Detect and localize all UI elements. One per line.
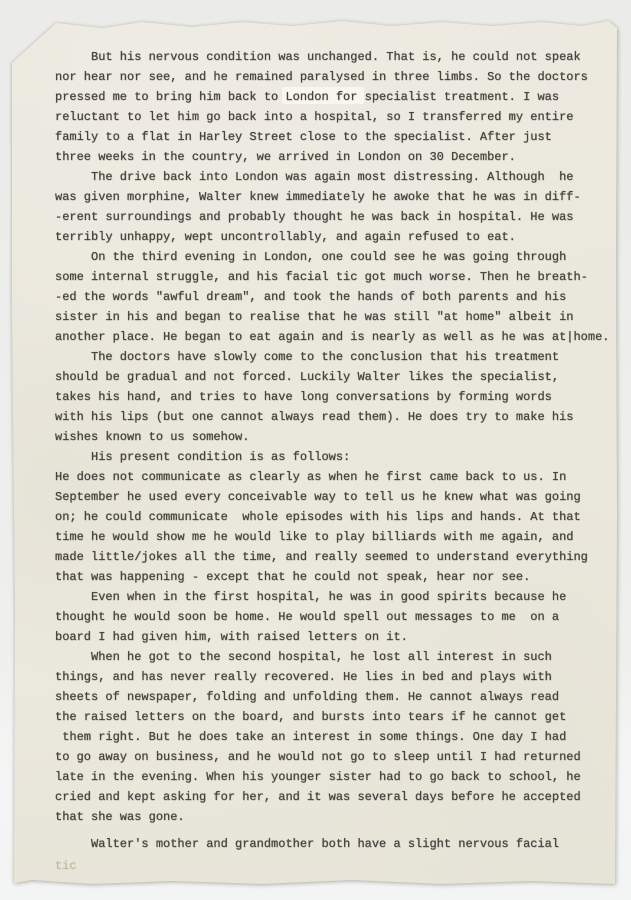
text-line: The doctors have slowly come to the conc… — [55, 347, 611, 367]
text-line: wishes known to us somehow. — [55, 427, 611, 447]
text-line: family to a flat in Harley Street close … — [55, 127, 611, 147]
text-line: terribly unhappy, wept uncontrollably, a… — [55, 227, 611, 247]
text-line: late in the evening. When his younger si… — [55, 767, 611, 787]
text-line: that was happening - except that he coul… — [55, 567, 611, 587]
text-line: takes his hand, and tries to have long c… — [55, 387, 611, 407]
text-line: some internal struggle, and his facial t… — [55, 267, 611, 287]
text-line: them right. But he does take an interest… — [55, 727, 611, 747]
text-line: made little/jokes all the time, and real… — [55, 547, 611, 567]
text-line: cried and kept asking for her, and it wa… — [55, 787, 611, 807]
page-catchword: tic — [55, 856, 611, 876]
text-line: His present condition is as follows: — [55, 447, 611, 467]
text-line: thought he would soon be home. He would … — [55, 607, 611, 627]
text-line: on; he could communicate whole episodes … — [55, 507, 611, 527]
text-line: sister in his and began to realise that … — [55, 307, 611, 327]
text-line: He does not communicate as clearly as wh… — [55, 467, 611, 487]
text-line: another place. He began to eat again and… — [55, 327, 611, 347]
text-line: board I had given him, with raised lette… — [55, 627, 611, 647]
text-line: reluctant to let him go back into a hosp… — [55, 107, 611, 127]
text-line: time he would show me he would like to p… — [55, 527, 611, 547]
text-line: But his nervous condition was unchanged.… — [55, 47, 611, 67]
text-line: -erent surroundings and probably thought… — [55, 207, 611, 227]
paper-page: But his nervous condition was unchanged.… — [12, 17, 617, 884]
text-line: with his lips (but one cannot always rea… — [55, 407, 611, 427]
text-line: sheets of newspaper, folding and unfoldi… — [55, 687, 611, 707]
text-line: Even when in the first hospital, he was … — [55, 587, 611, 607]
typewritten-text: But his nervous condition was unchanged.… — [55, 47, 611, 876]
text-line: that she was gone. — [55, 807, 611, 827]
text-line: pressed me to bring him back to London f… — [55, 87, 611, 107]
text-line: The drive back into London was again mos… — [55, 167, 611, 187]
text-line: to go away on business, and he would not… — [55, 747, 611, 767]
text-line: -ed the words "awful dream", and took th… — [55, 287, 611, 307]
text-line: Walter's mother and grandmother both hav… — [55, 834, 611, 854]
text-line: the raised letters on the board, and bur… — [55, 707, 611, 727]
text-line: When he got to the second hospital, he l… — [55, 647, 611, 667]
text-line: things, and has never really recovered. … — [55, 667, 611, 687]
text-line: was given morphine, Walter knew immediat… — [55, 187, 611, 207]
scan-background: But his nervous condition was unchanged.… — [0, 0, 631, 900]
text-line: On the third evening in London, one coul… — [55, 247, 611, 267]
text-line: three weeks in the country, we arrived i… — [55, 147, 611, 167]
text-line: September he used every conceivable way … — [55, 487, 611, 507]
text-line: nor hear nor see, and he remained paraly… — [55, 67, 611, 87]
paper-wrapper: But his nervous condition was unchanged.… — [12, 17, 617, 884]
text-line: should be gradual and not forced. Luckil… — [55, 367, 611, 387]
